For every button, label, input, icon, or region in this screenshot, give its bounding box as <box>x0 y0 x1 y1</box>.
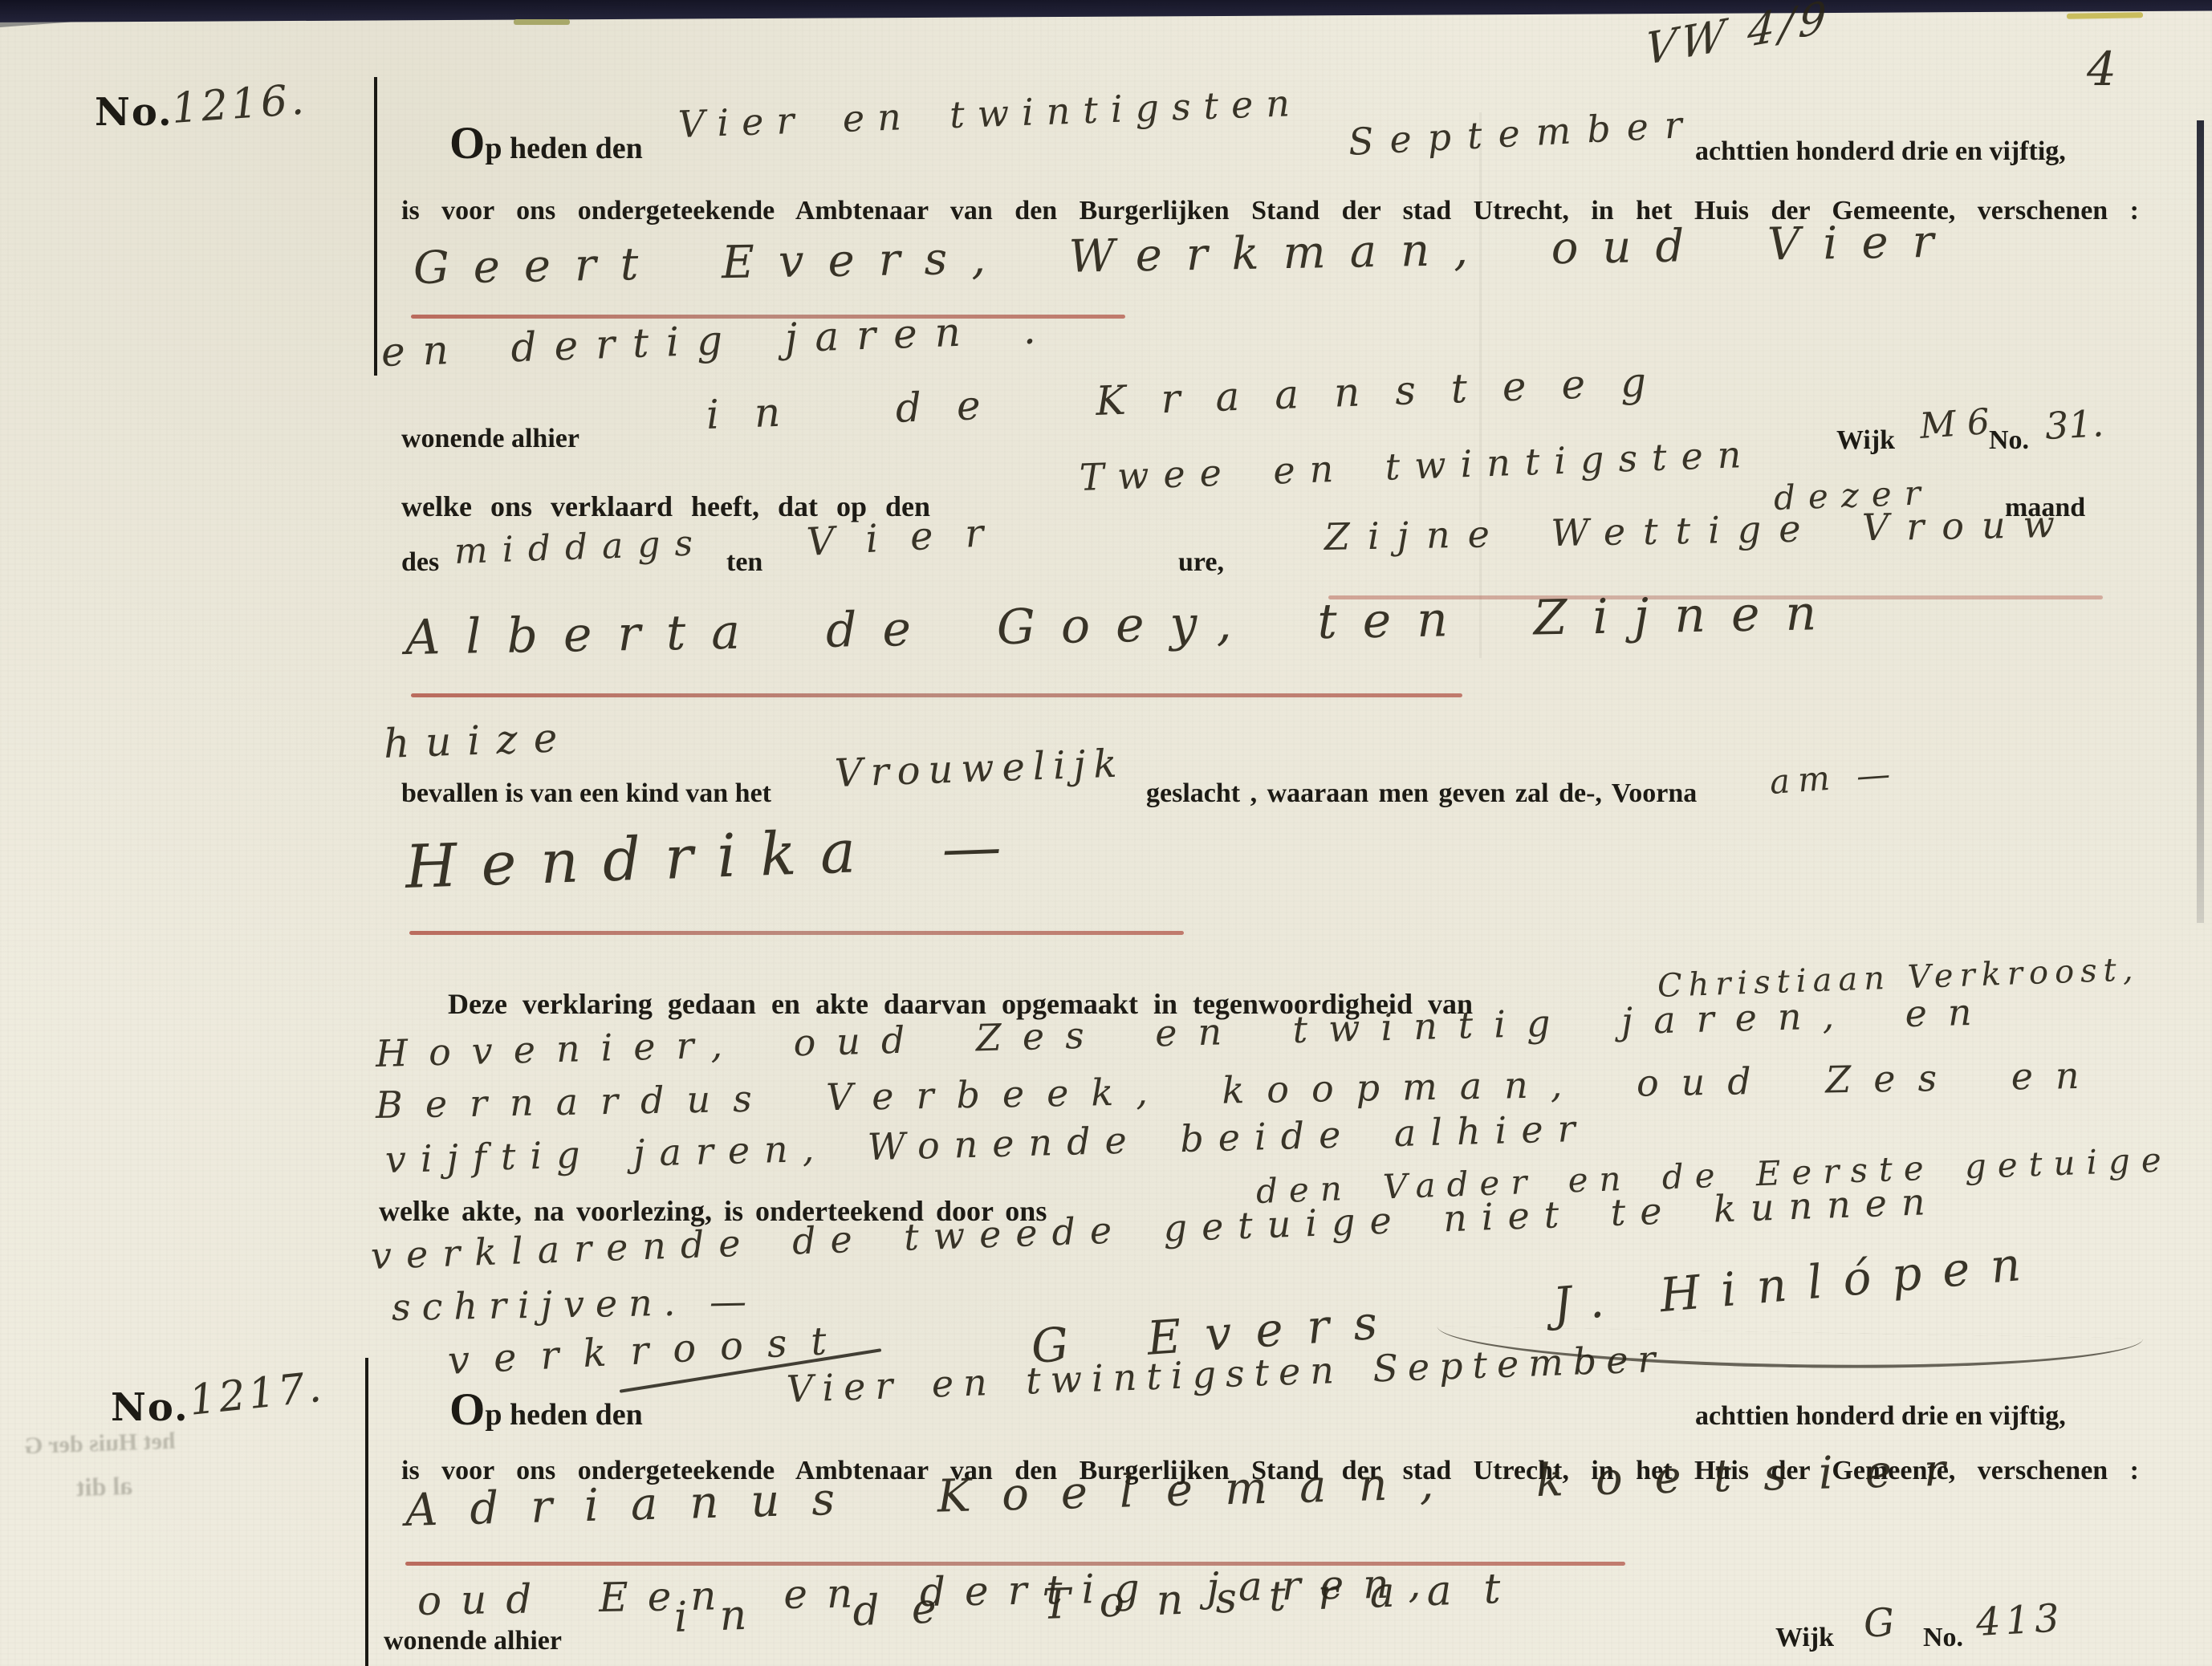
paper-sheet: VW 4/9 4 No. 1216. Op heden den Vier en … <box>0 0 2212 1666</box>
hw-closing-3: schrijven. — <box>392 1279 758 1329</box>
scan-edge-artifact <box>514 19 570 25</box>
record-number-label: No. <box>95 90 173 135</box>
residence-printed: wonende alhier <box>401 424 579 454</box>
houseno-label: No. <box>1989 425 2029 456</box>
opening-printed-year: achttien honderd drie en vijftig, <box>1695 136 2066 167</box>
record-number-value: 1217. <box>187 1363 327 1425</box>
margin-rule <box>374 77 377 376</box>
hw-mother-intro: Zijne Wettige Vrouw <box>1324 502 2073 559</box>
opening-printed: Op heden den <box>449 1392 643 1432</box>
hw-houseno-value: 31. <box>2044 401 2105 448</box>
hw-wijk-value: M 6 <box>1918 401 1990 447</box>
signature-registrar: J. Hinlópen <box>1551 1235 2043 1332</box>
bleedthrough-text: het Huis der G <box>23 1428 176 1461</box>
record-number-value: 1216. <box>170 75 309 133</box>
hw-voornaam-suffix: am — <box>1768 754 1899 802</box>
hw-declarant-name: Geert Evers, Werkman, oud Vier <box>413 215 1958 295</box>
bleedthrough-text: al dit <box>75 1471 132 1502</box>
red-underline <box>409 931 1184 935</box>
hw-child-sex: Vrouwelijk <box>834 741 1125 796</box>
opening-printed-year: achttien honderd drie en vijftig, <box>1695 1401 2066 1432</box>
hw-residence: in de Kraansteeg <box>705 358 1682 438</box>
houseno-label: No. <box>1923 1623 1963 1653</box>
hw-mother-name: Alberta de Goey, ten Zijnen <box>405 585 1842 666</box>
document-scan: VW 4/9 4 No. 1216. Op heden den Vier en … <box>0 0 2212 1666</box>
hw-houseno-value: 413 <box>1975 1595 2065 1645</box>
opening-printed: Op heden den <box>449 125 643 166</box>
wijk-label: Wijk <box>1775 1623 1834 1653</box>
scan-edge-artifact <box>2067 12 2143 19</box>
birth-printed-a: bevallen is van een kind van het <box>401 778 771 809</box>
red-underline <box>411 693 1462 697</box>
red-underline <box>405 1562 1625 1566</box>
hw-child-name: Hendrika — <box>404 811 1026 902</box>
wijk-label: Wijk <box>1836 425 1895 456</box>
record-number-label: No. <box>111 1385 189 1430</box>
des-printed: des <box>401 547 439 578</box>
ten-printed: ten <box>726 547 762 578</box>
hw-mother-cont: huize <box>383 714 574 767</box>
ure-printed: ure, <box>1178 547 1224 578</box>
hw-declared-day: Twee en twintigsten <box>1079 433 1756 499</box>
residence-printed: wonende alhier <box>384 1626 562 1656</box>
page-edge-shadow <box>2197 120 2204 923</box>
hw-daypart: middags <box>453 522 708 572</box>
hw-wijk-value: G <box>1862 1599 1896 1647</box>
hw-month: September <box>1348 102 1699 164</box>
hw-day-of-month: Vier en twintigsten <box>677 81 1303 146</box>
page-number: 4 <box>2087 42 2116 96</box>
scan-edge-band <box>0 0 2212 22</box>
birth-printed-b: geslacht , waaraan men geven zal de-, Vo… <box>1146 778 1697 809</box>
margin-rule <box>365 1358 368 1666</box>
